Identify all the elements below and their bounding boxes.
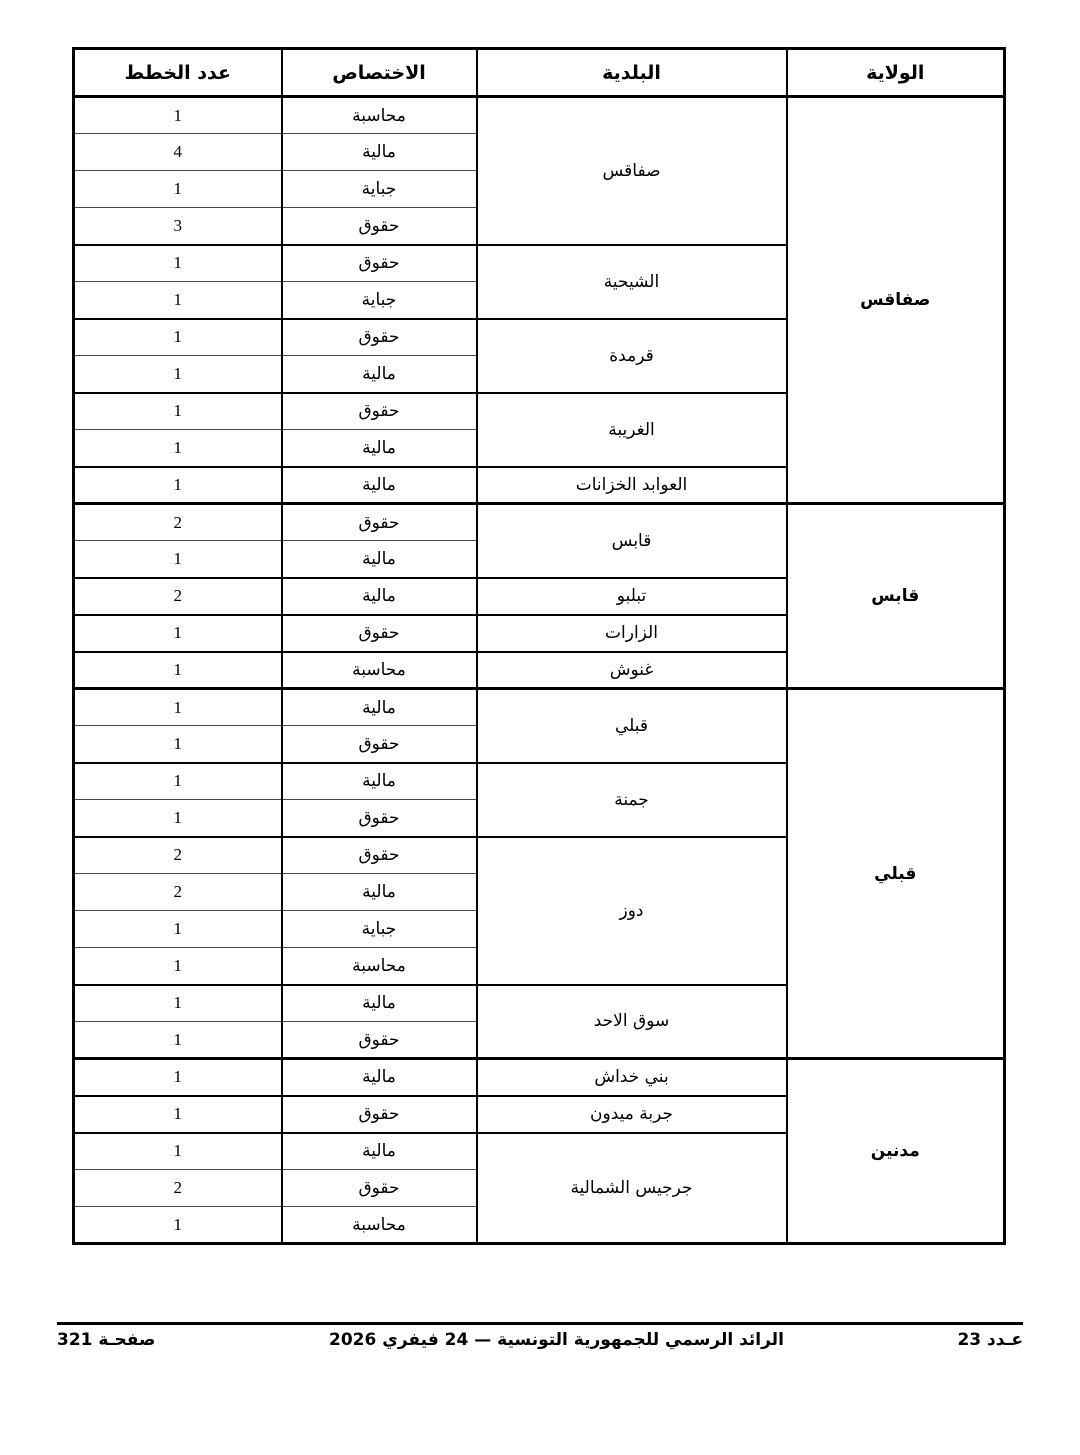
municipality-cell: العوابد الخزانات xyxy=(477,467,787,504)
table-row: مدنينبني خداشمالية1 xyxy=(74,1059,1005,1096)
municipality-cell: دوز xyxy=(477,837,787,985)
wilaya-cell: صفاقس xyxy=(787,97,1005,504)
specialty-cell: حقوق xyxy=(282,1170,477,1207)
count-cell: 1 xyxy=(74,1207,282,1244)
count-cell: 1 xyxy=(74,689,282,726)
table-header: الولاية البلدية الاختصاص عدد الخطط xyxy=(74,49,1005,97)
footer-divider xyxy=(57,1322,1023,1325)
count-cell: 2 xyxy=(74,837,282,874)
specialty-cell: حقوق xyxy=(282,393,477,430)
positions-table: الولاية البلدية الاختصاص عدد الخطط صفاقس… xyxy=(72,47,1006,1245)
specialty-cell: حقوق xyxy=(282,1022,477,1059)
municipality-cell: الزارات xyxy=(477,615,787,652)
wilaya-cell: قابس xyxy=(787,504,1005,689)
count-cell: 1 xyxy=(74,356,282,393)
count-cell: 1 xyxy=(74,615,282,652)
count-cell: 1 xyxy=(74,1096,282,1133)
count-cell: 1 xyxy=(74,948,282,985)
municipality-cell: الغريبة xyxy=(477,393,787,467)
count-cell: 1 xyxy=(74,911,282,948)
count-cell: 1 xyxy=(74,985,282,1022)
specialty-cell: محاسبة xyxy=(282,1207,477,1244)
specialty-cell: مالية xyxy=(282,1133,477,1170)
municipality-cell: غنوش xyxy=(477,652,787,689)
specialty-cell: مالية xyxy=(282,985,477,1022)
count-cell: 1 xyxy=(74,652,282,689)
count-cell: 1 xyxy=(74,1022,282,1059)
specialty-cell: جباية xyxy=(282,911,477,948)
specialty-cell: حقوق xyxy=(282,208,477,245)
municipality-cell: صفاقس xyxy=(477,97,787,245)
specialty-cell: مالية xyxy=(282,541,477,578)
count-cell: 1 xyxy=(74,541,282,578)
municipality-cell: جمنة xyxy=(477,763,787,837)
footer-page-number: صفحـة 321 xyxy=(57,1330,155,1350)
specialty-cell: حقوق xyxy=(282,837,477,874)
count-cell: 3 xyxy=(74,208,282,245)
count-cell: 1 xyxy=(74,245,282,282)
count-cell: 1 xyxy=(74,726,282,763)
specialty-cell: حقوق xyxy=(282,504,477,541)
specialty-cell: مالية xyxy=(282,689,477,726)
col-header-wilaya: الولاية xyxy=(787,49,1005,97)
table-row: صفاقسصفاقسمحاسبة1 xyxy=(74,97,1005,134)
count-cell: 1 xyxy=(74,1059,282,1096)
wilaya-cell: مدنين xyxy=(787,1059,1005,1244)
municipality-cell: سوق الاحد xyxy=(477,985,787,1059)
municipality-cell: قبلي xyxy=(477,689,787,763)
municipality-cell: جرجيس الشمالية xyxy=(477,1133,787,1244)
page-footer: عـدد 23 الرائد الرسمي للجمهورية التونسية… xyxy=(57,1330,1023,1350)
count-cell: 2 xyxy=(74,874,282,911)
specialty-cell: حقوق xyxy=(282,1096,477,1133)
municipality-cell: تبلبو xyxy=(477,578,787,615)
wilaya-cell: قبلي xyxy=(787,689,1005,1059)
table-body: صفاقسصفاقسمحاسبة1مالية4جباية1حقوق3الشيحي… xyxy=(74,97,1005,1244)
count-cell: 1 xyxy=(74,393,282,430)
count-cell: 4 xyxy=(74,134,282,171)
count-cell: 1 xyxy=(74,467,282,504)
specialty-cell: حقوق xyxy=(282,615,477,652)
municipality-cell: الشيحية xyxy=(477,245,787,319)
municipality-cell: قابس xyxy=(477,504,787,578)
footer-journal-title: الرائد الرسمي للجمهورية التونسية — 24 في… xyxy=(329,1330,784,1350)
count-cell: 2 xyxy=(74,1170,282,1207)
col-header-ikhtisas: الاختصاص xyxy=(282,49,477,97)
header-row: الولاية البلدية الاختصاص عدد الخطط xyxy=(74,49,1005,97)
col-header-adad-khutat: عدد الخطط xyxy=(74,49,282,97)
municipality-cell: بني خداش xyxy=(477,1059,787,1096)
municipality-cell: قرمدة xyxy=(477,319,787,393)
specialty-cell: مالية xyxy=(282,467,477,504)
specialty-cell: مالية xyxy=(282,763,477,800)
specialty-cell: حقوق xyxy=(282,245,477,282)
count-cell: 1 xyxy=(74,171,282,208)
specialty-cell: محاسبة xyxy=(282,652,477,689)
positions-table-container: الولاية البلدية الاختصاص عدد الخطط صفاقس… xyxy=(72,47,1006,1245)
specialty-cell: جباية xyxy=(282,282,477,319)
specialty-cell: مالية xyxy=(282,578,477,615)
footer-issue-number: عـدد 23 xyxy=(957,1330,1023,1350)
specialty-cell: مالية xyxy=(282,1059,477,1096)
count-cell: 1 xyxy=(74,763,282,800)
specialty-cell: حقوق xyxy=(282,800,477,837)
count-cell: 1 xyxy=(74,319,282,356)
table-row: قبليقبليمالية1 xyxy=(74,689,1005,726)
specialty-cell: حقوق xyxy=(282,726,477,763)
count-cell: 1 xyxy=(74,282,282,319)
count-cell: 1 xyxy=(74,430,282,467)
count-cell: 2 xyxy=(74,578,282,615)
specialty-cell: محاسبة xyxy=(282,97,477,134)
count-cell: 1 xyxy=(74,1133,282,1170)
specialty-cell: حقوق xyxy=(282,319,477,356)
col-header-baladiya: البلدية xyxy=(477,49,787,97)
gazette-page: الولاية البلدية الاختصاص عدد الخطط صفاقس… xyxy=(0,0,1080,1455)
specialty-cell: جباية xyxy=(282,171,477,208)
municipality-cell: جربة ميدون xyxy=(477,1096,787,1133)
table-row: قابسقابسحقوق2 xyxy=(74,504,1005,541)
specialty-cell: مالية xyxy=(282,356,477,393)
count-cell: 2 xyxy=(74,504,282,541)
specialty-cell: محاسبة xyxy=(282,948,477,985)
specialty-cell: مالية xyxy=(282,134,477,171)
specialty-cell: مالية xyxy=(282,430,477,467)
count-cell: 1 xyxy=(74,97,282,134)
count-cell: 1 xyxy=(74,800,282,837)
specialty-cell: مالية xyxy=(282,874,477,911)
